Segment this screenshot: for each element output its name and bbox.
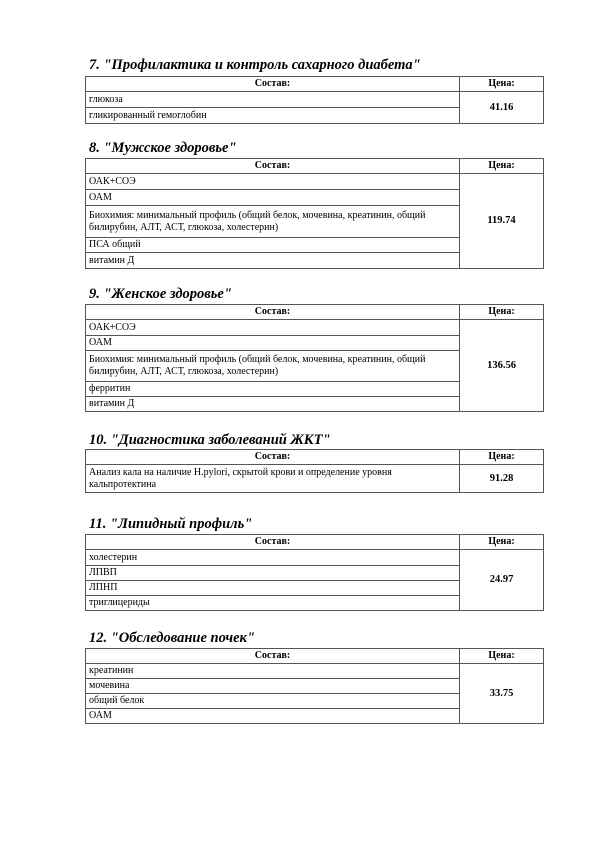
price-value: 91.28 bbox=[460, 465, 544, 493]
composition-table: Состав: Цена: креатинин 33.75 мочевина о… bbox=[85, 648, 544, 724]
list-item: ОАМ bbox=[86, 190, 460, 206]
list-item: гликированный гемоглобин bbox=[86, 108, 460, 124]
list-item: Биохимия: минимальный профиль (общий бел… bbox=[86, 351, 460, 382]
section-title: 11. "Липидный профиль" bbox=[89, 516, 252, 532]
header-composition: Состав: bbox=[86, 535, 460, 550]
header-price: Цена: bbox=[460, 649, 544, 664]
header-price: Цена: bbox=[460, 77, 544, 92]
list-item: ферритин bbox=[86, 382, 460, 397]
composition-table: Состав: Цена: ОАК+СОЭ 136.56 ОАМ Биохими… bbox=[85, 304, 544, 412]
list-item: ОАМ bbox=[86, 336, 460, 351]
header-composition: Состав: bbox=[86, 649, 460, 664]
list-item: ОАК+СОЭ bbox=[86, 320, 460, 336]
header-composition: Состав: bbox=[86, 159, 460, 174]
list-item: ЛПВП bbox=[86, 566, 460, 581]
list-item: ОАМ bbox=[86, 709, 460, 724]
composition-table: Состав: Цена: глюкоза 41.16 гликированны… bbox=[85, 76, 544, 124]
price-value: 119.74 bbox=[460, 174, 544, 269]
list-item: витамин Д bbox=[86, 253, 460, 269]
section-title: 8. "Мужское здоровье" bbox=[89, 140, 237, 156]
price-value: 33.75 bbox=[460, 664, 544, 724]
header-composition: Состав: bbox=[86, 450, 460, 465]
composition-table: Состав: Цена: холестерин 24.97 ЛПВП ЛПНП… bbox=[85, 534, 544, 611]
list-item: ЛПНП bbox=[86, 581, 460, 596]
list-item: витамин Д bbox=[86, 397, 460, 412]
header-price: Цена: bbox=[460, 305, 544, 320]
composition-table: Состав: Цена: ОАК+СОЭ 119.74 ОАМ Биохими… bbox=[85, 158, 544, 269]
section-title: 9. "Женское здоровье" bbox=[89, 286, 232, 302]
list-item: триглицериды bbox=[86, 596, 460, 611]
section-title: 7. "Профилактика и контроль сахарного ди… bbox=[89, 57, 421, 73]
section-title: 12. "Обследование почек" bbox=[89, 630, 255, 646]
price-value: 136.56 bbox=[460, 320, 544, 412]
list-item: мочевина bbox=[86, 679, 460, 694]
header-price: Цена: bbox=[460, 535, 544, 550]
list-item: холестерин bbox=[86, 550, 460, 566]
list-item: Анализ кала на наличие H.pylori, скрытой… bbox=[86, 465, 460, 493]
price-value: 24.97 bbox=[460, 550, 544, 611]
list-item: креатинин bbox=[86, 664, 460, 679]
header-price: Цена: bbox=[460, 159, 544, 174]
header-price: Цена: bbox=[460, 450, 544, 465]
list-item: общий белок bbox=[86, 694, 460, 709]
list-item: Биохимия: минимальный профиль (общий бел… bbox=[86, 206, 460, 238]
composition-table: Состав: Цена: Анализ кала на наличие H.p… bbox=[85, 449, 544, 493]
list-item: ОАК+СОЭ bbox=[86, 174, 460, 190]
list-item: ПСА общий bbox=[86, 238, 460, 253]
section-title: 10. "Диагностика заболеваний ЖКТ" bbox=[89, 432, 331, 448]
header-composition: Состав: bbox=[86, 305, 460, 320]
header-composition: Состав: bbox=[86, 77, 460, 92]
price-value: 41.16 bbox=[460, 92, 544, 124]
list-item: глюкоза bbox=[86, 92, 460, 108]
